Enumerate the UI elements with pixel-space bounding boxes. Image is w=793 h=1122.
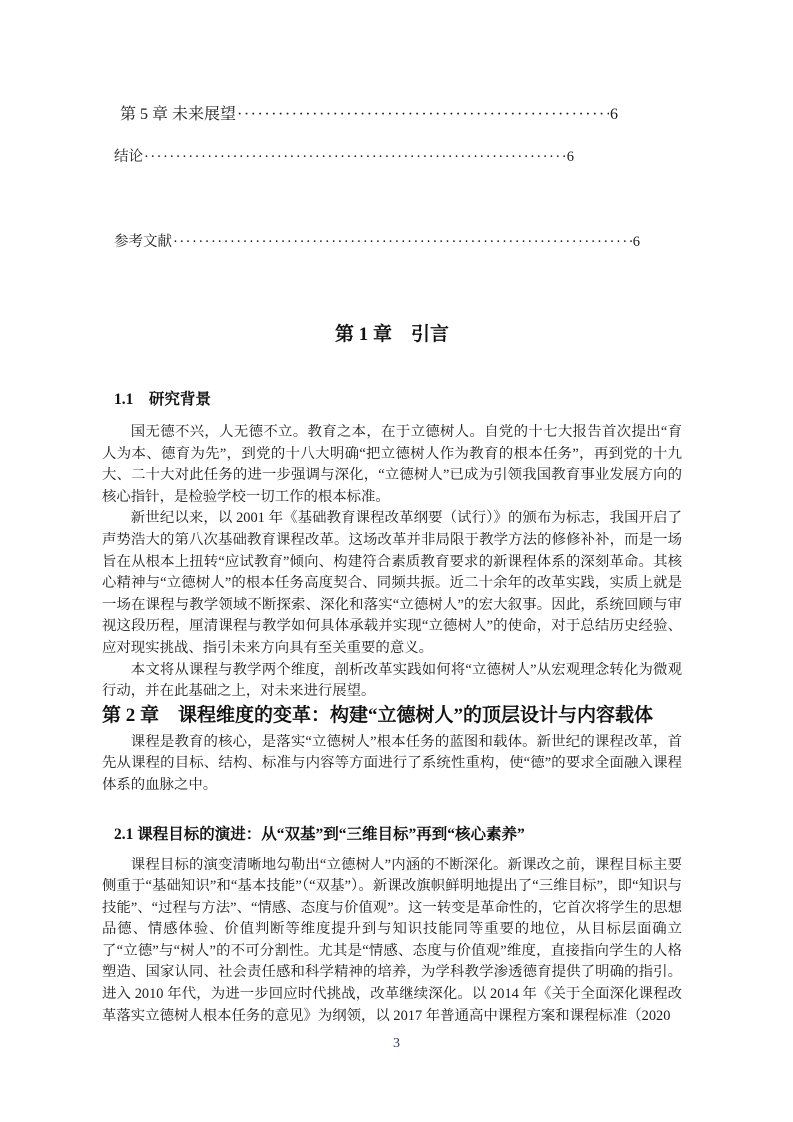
- section-1-1-title: 1.1 研究背景: [114, 390, 682, 409]
- chapter-2-title: 第 2 章 课程维度的变革：构建“立德树人”的顶层设计与内容载体: [102, 703, 682, 729]
- toc-dot-leader: [144, 147, 566, 167]
- chapter-1-title: 第 1 章 引言: [102, 322, 682, 348]
- toc-dot-leader: [173, 232, 632, 252]
- toc-entry-references: 参考文献 6: [114, 232, 640, 252]
- chapter-1-paragraph-2: 新世纪以来，以 2001 年《基础教育课程改革纲要（试行）》的颁布为标志，我国开…: [102, 508, 682, 659]
- toc-entry-label: 结论: [114, 147, 143, 167]
- toc-entry-label: 参考文献: [114, 232, 172, 252]
- table-of-contents: 第 5 章 未来展望 6 结论 6 参考文献 6: [102, 104, 682, 252]
- toc-entry-page: 6: [610, 104, 618, 126]
- toc-entry-chapter-5: 第 5 章 未来展望 6: [120, 104, 618, 126]
- page-number: 3: [0, 1035, 793, 1053]
- section-2-1-title: 2.1 课程目标的演进：从“双基”到“三维目标”再到“核心素养”: [114, 825, 682, 844]
- toc-entry-conclusion: 结论 6: [114, 147, 574, 167]
- chapter-2-intro-paragraph: 课程是教育的核心，是落实“立德树人”根本任务的蓝图和载体。新世纪的课程改革，首先…: [102, 732, 682, 797]
- chapter-1-paragraph-1: 国无德不兴，人无德不立。教育之本，在于立德树人。自党的十七大报告首次提出“育人为…: [102, 422, 682, 508]
- toc-dot-leader: [237, 104, 609, 126]
- toc-entry-page: 6: [633, 232, 640, 252]
- toc-entry-label: 第 5 章 未来展望: [120, 104, 236, 126]
- document-page: 第 5 章 未来展望 6 结论 6 参考文献 6 第 1 章 引言 1.1 研究…: [0, 0, 793, 1122]
- section-2-1-paragraph: 课程目标的演变清晰地勾勒出“立德树人”内涵的不断深化。新课改之前，课程目标主要侧…: [102, 855, 682, 1028]
- toc-entry-page: 6: [567, 147, 574, 167]
- chapter-1-paragraph-3: 本文将从课程与教学两个维度，剖析改革实践如何将“立德树人”从宏观理念转化为微观行…: [102, 660, 682, 703]
